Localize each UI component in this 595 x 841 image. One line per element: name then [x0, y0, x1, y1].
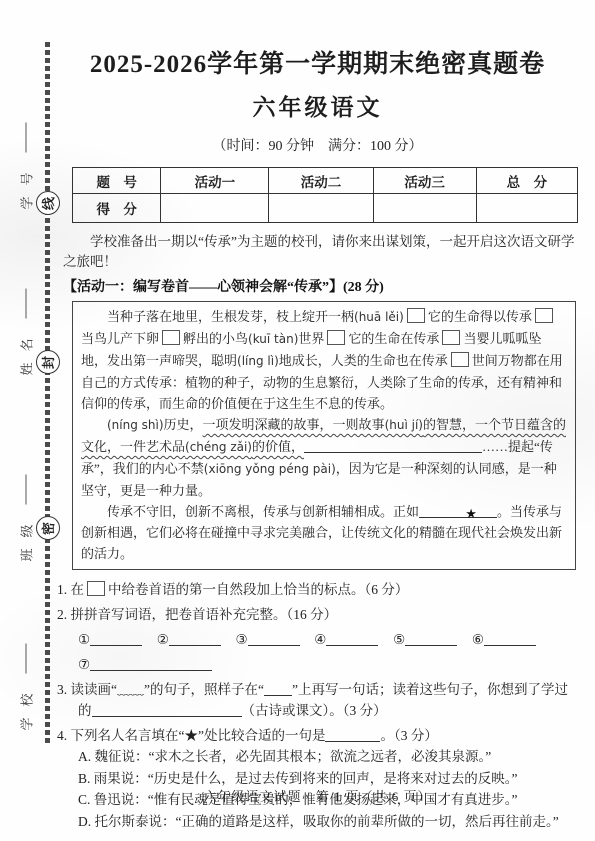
blank-number: ② [157, 632, 169, 647]
seal-field-label: 姓名 [17, 327, 36, 375]
score-table: 题 号活动一活动二活动三总 分得 分 [72, 167, 578, 223]
option-item: D. 托尔斯泰说：“正确的道路是这样，吸取你的前辈所做的一切，然后再往前走。” [78, 812, 578, 833]
seal-field: 学校 [17, 643, 36, 730]
intro-paragraph: 学校准备出一期以“传承”为主题的校刊，请你来出谋划策，一起开启这次语文研学之旅吧… [63, 232, 575, 272]
fill-blank [326, 631, 378, 646]
text-run: ﹏﹏ [117, 682, 144, 697]
numbered-blank: ④ [314, 629, 378, 650]
seal-field-line [26, 122, 27, 152]
score-empty-cell [269, 194, 373, 223]
blank-number: ⑥ [472, 632, 484, 647]
score-empty-cell [373, 194, 476, 223]
question: 3. 读读画“﹏﹏”的句子，照样子在“”上再写一句话；读着这些句子，你想到了学过… [57, 679, 578, 721]
blank-number: ③ [236, 632, 248, 647]
seal-stamp-char: 线 [38, 196, 57, 209]
fill-blank [405, 631, 457, 646]
activity1-heading: 【活动一：编写卷首——心领神会解“传承”】(28 分) [63, 276, 578, 296]
table-row: 得 分 [73, 194, 578, 223]
text-run: （古诗或课文）。（3 分） [242, 703, 387, 718]
question: 2. 拼拼音写词语，把卷首语补充完整。（16 分） [57, 604, 578, 625]
text-run: 地成长，人类的生命也在传承 [279, 353, 448, 368]
pinyin-hint: (xiōng yǒng péng pài) [204, 462, 336, 476]
blank-number: ⑦ [78, 657, 90, 672]
numbered-blank: ③ [236, 629, 300, 650]
fill-blank [92, 702, 242, 717]
numbered-blank-row: ⑦ [78, 654, 578, 675]
exam-content: 2025-2026学年第一学期期末绝密真题卷 六年级语文 （时间：90 分钟 满… [57, 0, 578, 832]
exam-title: 2025-2026学年第一学期期末绝密真题卷 [57, 44, 578, 80]
blank-number: ⑤ [393, 632, 405, 647]
exam-meta: （时间：90 分钟 满分：100 分） [57, 135, 578, 155]
text-run: ”的句子，照样子在“ [144, 682, 264, 697]
fill-blank [90, 631, 142, 646]
fill-blank [90, 656, 212, 671]
fill-blank [169, 631, 221, 646]
numbered-blank: ② [157, 629, 221, 650]
question: 4. 下列名人名言填在“★”处比较合适的一句是。（3 分） [57, 725, 578, 746]
fill-blank [248, 631, 300, 646]
text-run: 3. 读读画“ [57, 682, 117, 697]
table-header-cell: 活动三 [373, 168, 476, 194]
passage-paragraph: 当种子落在地里，生根发芽，枝上绽开一柄(huā lěi)它的生命得以传承当鸟儿产… [81, 306, 567, 414]
text-run: 历史， [164, 417, 203, 432]
seal-stamp: 封 [36, 350, 60, 374]
exam-page: 学号姓名班级学校 线封密 2025-2026学年第一学期期末绝密真题卷 六年级语… [0, 0, 595, 841]
punctuation-box [162, 330, 180, 345]
text-run: 一项发明深藏的故事，一则故事 [203, 417, 385, 432]
seal-field-line [26, 474, 27, 504]
pinyin-hint: (huā lěi) [354, 310, 404, 324]
seal-field-line [26, 643, 27, 673]
numbered-blank: ⑥ [472, 629, 536, 650]
numbered-blank: ① [78, 629, 142, 650]
page-footer: 六年级语文试题 第 1 页（共 6 页） [57, 786, 578, 805]
text-run: 它的生命得以传承 [428, 309, 532, 324]
text-run: 中给卷首语的第一自然段加上恰当的标点。（6 分） [108, 582, 408, 597]
score-row-label: 得 分 [73, 194, 161, 223]
pinyin-hint: (níng shì) [107, 418, 164, 432]
question: 1. 在中给卷首语的第一自然段加上恰当的标点。（6 分） [57, 579, 578, 600]
score-empty-cell [476, 194, 577, 223]
numbered-blank: ⑦ [78, 657, 212, 672]
text-run: 它的生命在传承 [348, 331, 439, 346]
seal-stamp-char: 封 [38, 355, 57, 368]
text-run: 2. 拼拼音写词语，把卷首语补充完整。（16 分） [57, 607, 337, 622]
blank-number: ④ [314, 632, 326, 647]
fill-blank [484, 631, 536, 646]
exam-subtitle: 六年级语文 [57, 89, 578, 122]
seal-field-label: 班级 [17, 513, 36, 561]
text-run: 当种子落在地里，生根发芽，枝上绽开一柄 [107, 309, 354, 324]
text-run: 。（3 分） [380, 728, 437, 743]
pinyin-hint: (huì jí) [385, 418, 423, 432]
table-header-cell: 总 分 [476, 168, 577, 194]
seal-field-line [26, 288, 27, 318]
punctuation-box [535, 308, 553, 323]
seal-stamp-char: 密 [38, 521, 57, 534]
text-run: 的价值， [252, 439, 304, 454]
seal-stamp: 密 [36, 516, 60, 540]
text-run: 1. 在 [57, 582, 84, 597]
seal-stamp: 线 [36, 191, 60, 215]
table-header-cell: 题 号 [73, 168, 161, 194]
seal-field-label: 学号 [17, 161, 36, 209]
seal-dash-line [45, 42, 50, 745]
punctuation-box [442, 330, 460, 345]
table-header-cell: 活动一 [161, 168, 269, 194]
score-empty-cell [161, 194, 269, 223]
pinyin-hint: (chéng zǎi) [185, 440, 252, 454]
text-run: 世界 [298, 331, 324, 346]
star-blank: ★ [419, 503, 497, 518]
punctuation-box [87, 581, 105, 596]
option-item: A. 魏征说：“求木之长者，必先固其根本；欲流之远者，必浚其泉源。” [78, 747, 578, 768]
fill-blank [325, 727, 380, 742]
pinyin-hint: (kuī tàn) [248, 332, 298, 346]
table-header-cell: 活动二 [269, 168, 373, 194]
pinyin-hint: (líng lì) [237, 354, 279, 368]
passage-paragraph: (níng shì)历史，一项发明深藏的故事，一则故事(huì jí)的智慧，一… [81, 414, 567, 501]
passage-box: 当种子落在地里，生根发芽，枝上绽开一柄(huā lěi)它的生命得以传承当鸟儿产… [72, 301, 576, 570]
numbered-blank-row: ①②③④⑤⑥ [78, 629, 536, 650]
fill-blank [264, 681, 292, 696]
seal-field: 姓名 [17, 288, 36, 375]
blank-number: ① [78, 632, 90, 647]
punctuation-box [407, 308, 425, 323]
table-row: 题 号活动一活动二活动三总 分 [73, 168, 578, 194]
seal-field: 学号 [17, 122, 36, 209]
punctuation-box [451, 352, 469, 367]
text-run: 孵出的小鸟 [183, 331, 248, 346]
text-run: 当鸟儿产下卵 [81, 331, 159, 346]
numbered-blank: ⑤ [393, 629, 457, 650]
seal-margin: 学号姓名班级学校 线封密 [0, 0, 60, 841]
seal-field-label: 学校 [17, 682, 36, 730]
text-run: 传承不守旧，创新不离根，传承与创新相辅相成。正如 [107, 504, 419, 519]
seal-field: 班级 [17, 474, 36, 561]
passage-paragraph: 传承不守旧，创新不离根，传承与创新相辅相成。正如★。当传承与创新相遇，它们必将在… [81, 501, 567, 564]
text-run: 4. 下列名人名言填在“★”处比较合适的一句是 [57, 728, 325, 743]
punctuation-box [327, 330, 345, 345]
fill-blank [304, 438, 482, 453]
